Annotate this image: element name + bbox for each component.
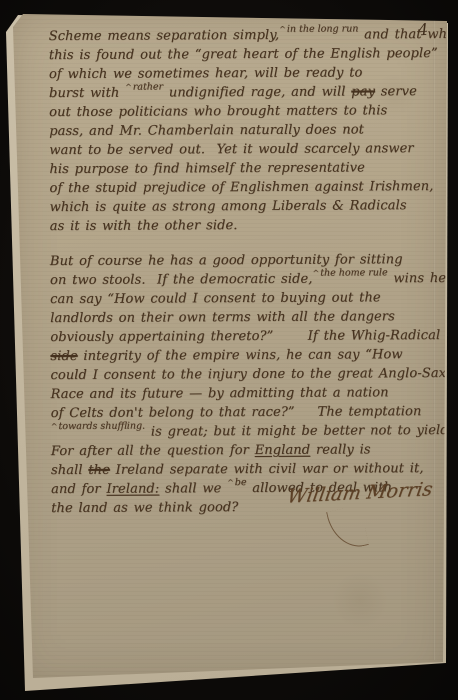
manuscript-segment-normal: landlords on their own terms with all th… [50,309,395,326]
manuscript-line: out those politicians who brought matter… [49,101,449,122]
manuscript-segment-normal: serve [375,84,417,99]
manuscript-segment-insert: the home rule [312,268,387,277]
manuscript-segment-normal: can say “How could I consent to buying o… [50,290,381,307]
manuscript-line: want to be served out. Yet it would scar… [49,139,449,160]
manuscript-segment-normal: out those politicians who brought matter… [49,103,387,120]
manuscript-segment-normal: which is quite as strong among Liberals … [50,198,407,215]
manuscript-segment-normal: the land as we think good? [51,500,238,516]
manuscript-line: his purpose to find himself the represen… [49,158,449,179]
manuscript-line: could I consent to the injury done to th… [50,364,450,385]
manuscript-line: shall the Ireland separate with civil wa… [51,459,451,480]
manuscript-page: 4 Scheme means separation simply,in the … [0,0,458,700]
manuscript-segment-strike: the [88,463,110,478]
manuscript-segment-normal: could I consent to the injury done to th… [50,366,458,383]
photo-backdrop: 4 Scheme means separation simply,in the … [0,0,458,700]
manuscript-segment-normal: of which we sometimes hear, will be read… [49,65,363,82]
manuscript-segment-normal: want to be served out. Yet it would scar… [49,141,413,158]
manuscript-segment-normal: and for [51,482,106,497]
manuscript-line: can say “How could I consent to buying o… [50,288,450,309]
manuscript-segment-normal: For after all the question for [51,443,255,459]
manuscript-line: this is found out the “great heart of th… [49,44,449,65]
manuscript-line: landlords on their own terms with all th… [50,307,450,328]
manuscript-line: as it is with the other side. [50,215,450,236]
manuscript-segment-normal: and that when [358,27,458,43]
manuscript-line: obviously appertaining thereto?” If the … [50,326,450,347]
manuscript-segment-normal: of Celts don't belong to that race?” The… [51,404,422,421]
manuscript-line: Race and its future — by admitting that … [51,383,451,404]
manuscript-segment-insert: rather [125,82,163,91]
manuscript-line: pass, and Mr. Chamberlain naturally does… [49,120,449,141]
manuscript-segment-insert: in the long run [279,24,358,33]
manuscript-line: Scheme means separation simply,in the lo… [49,25,449,46]
paragraph: But of course he has a good opportunity … [50,250,451,518]
manuscript-segment-normal: pass, and Mr. Chamberlain naturally does… [49,122,364,139]
paragraph: Scheme means separation simply,in the lo… [49,25,450,236]
manuscript-segment-normal: is great; but it might be better not to … [145,423,458,440]
manuscript-segment-normal: of the stupid prejudice of Englishmen ag… [49,179,433,196]
manuscript-segment-normal: as it is with the other side. [50,218,238,234]
manuscript-segment-strike: side [50,349,77,364]
manuscript-line: on two stools. If the democratic side,th… [50,269,450,290]
manuscript-segment-insert: towards shuffling. [51,422,145,431]
manuscript-line: For after all the question for England r… [51,440,451,461]
manuscript-text: Scheme means separation simply,in the lo… [49,25,452,534]
manuscript-segment-normal: his purpose to find himself the represen… [49,160,365,177]
manuscript-segment-normal: this is found out the “great heart of th… [49,46,438,63]
manuscript-segment-normal: Scheme means separation simply, [49,28,280,44]
manuscript-segment-normal: on two stools. If the democratic side, [50,272,313,288]
manuscript-segment-normal: shall we [159,481,227,496]
manuscript-segment-strike: pay [351,84,375,99]
manuscript-line: But of course he has a good opportunity … [50,250,450,271]
manuscript-line: of the stupid prejudice of Englishmen ag… [49,177,449,198]
manuscript-segment-normal: Ireland separate with civil war or witho… [110,461,424,478]
manuscript-line: of which we sometimes hear, will be read… [49,63,449,84]
manuscript-segment-normal: undignified rage, and will [163,84,351,100]
manuscript-line: burst with rather undignified rage, and … [49,82,449,103]
manuscript-segment-normal: wins he [388,271,447,286]
manuscript-segment-insert: be [227,478,246,487]
manuscript-segment-underline: England [255,443,311,458]
manuscript-line: towards shuffling. is great; but it migh… [51,421,451,442]
manuscript-segment-normal: burst with [49,86,125,101]
manuscript-line: side integrity of the empire wins, he ca… [50,345,450,366]
manuscript-segment-underline: Ireland: [106,481,159,496]
manuscript-line: which is quite as strong among Liberals … [50,196,450,217]
manuscript-segment-normal: really is [310,442,370,457]
manuscript-segment-normal: shall [51,463,88,478]
manuscript-segment-normal: obviously appertaining thereto?” If the … [50,328,440,345]
manuscript-segment-normal: Race and its future — by admitting that … [51,385,389,402]
manuscript-segment-normal: integrity of the empire wins, he can say… [78,347,403,364]
